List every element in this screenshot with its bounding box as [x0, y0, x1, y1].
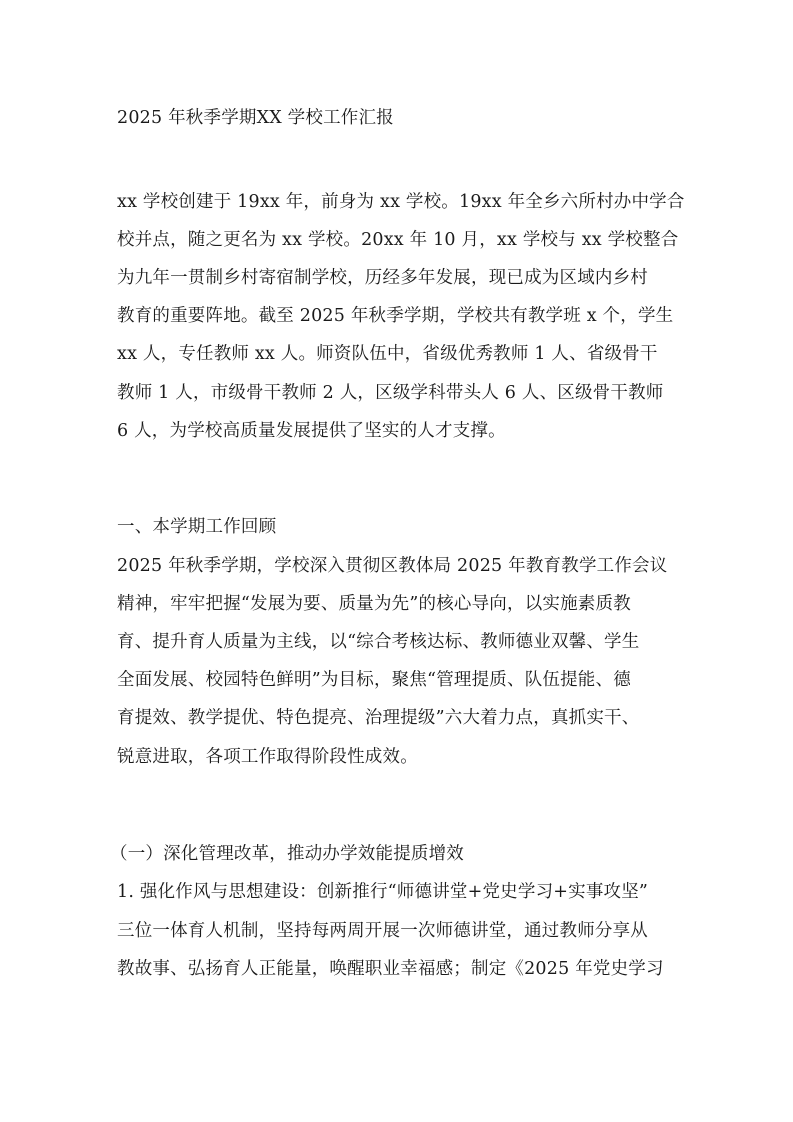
section-line: 2025 年秋季学期，学校深入贯彻区教体局 2025 年教育教学工作会议	[117, 552, 667, 577]
intro-line: 教育的重要阵地。截至 2025 年秋季学期，学校共有教学班 x 个，学生	[117, 302, 673, 327]
item-line: 教故事、弘扬育人正能量，唤醒职业幸福感；制定《2025 年党史学习	[117, 955, 664, 980]
document-page: 2025 年秋季学期XX 学校工作汇报 xx 学校创建于 19xx 年，前身为 …	[0, 0, 793, 1122]
intro-line: xx 学校创建于 19xx 年，前身为 xx 学校。19xx 年全乡六所村办中学…	[117, 188, 685, 213]
document-title: 2025 年秋季学期XX 学校工作汇报	[117, 104, 394, 129]
section-heading: 一、本学期工作回顾	[117, 513, 276, 538]
section-line: 全面发展、校园特色鲜明”为目标，聚焦“管理提质、队伍提能、德	[117, 666, 631, 691]
intro-line: 为九年一贯制乡村寄宿制学校，历经多年发展，现已成为区域内乡村	[117, 264, 648, 289]
section-line: 锐意进取，各项工作取得阶段性成效。	[117, 743, 418, 768]
intro-line: 校并点，随之更名为 xx 学校。20xx 年 10 月，xx 学校与 xx 学校…	[117, 226, 678, 251]
intro-line: 6 人，为学校高质量发展提供了坚实的人才支撑。	[117, 417, 506, 442]
intro-line: xx 人，专任教师 xx 人。师资队伍中，省级优秀教师 1 人、省级骨干	[117, 340, 658, 365]
intro-line: 教师 1 人，市级骨干教师 2 人，区级学科带头人 6 人、区级骨干教师	[117, 379, 663, 404]
item-line: 1. 强化作风与思想建设：创新推行“师德讲堂+党史学习+实事攻坚”	[117, 878, 648, 903]
section-line: 育、提升育人质量为主线，以“综合考核达标、教师德业双馨、学生	[117, 628, 639, 653]
item-line: 三位一体育人机制，坚持每两周开展一次师德讲堂，通过教师分享从	[117, 917, 648, 942]
section-line: 育提效、教学提优、特色提亮、治理提级”六大着力点，真抓实干、	[117, 704, 639, 729]
section-line: 精神，牢牢把握“发展为要、质量为先”的核心导向，以实施素质教	[117, 590, 631, 615]
subsection-heading: （一）深化管理改革，推动办学效能提质增效	[110, 840, 464, 865]
